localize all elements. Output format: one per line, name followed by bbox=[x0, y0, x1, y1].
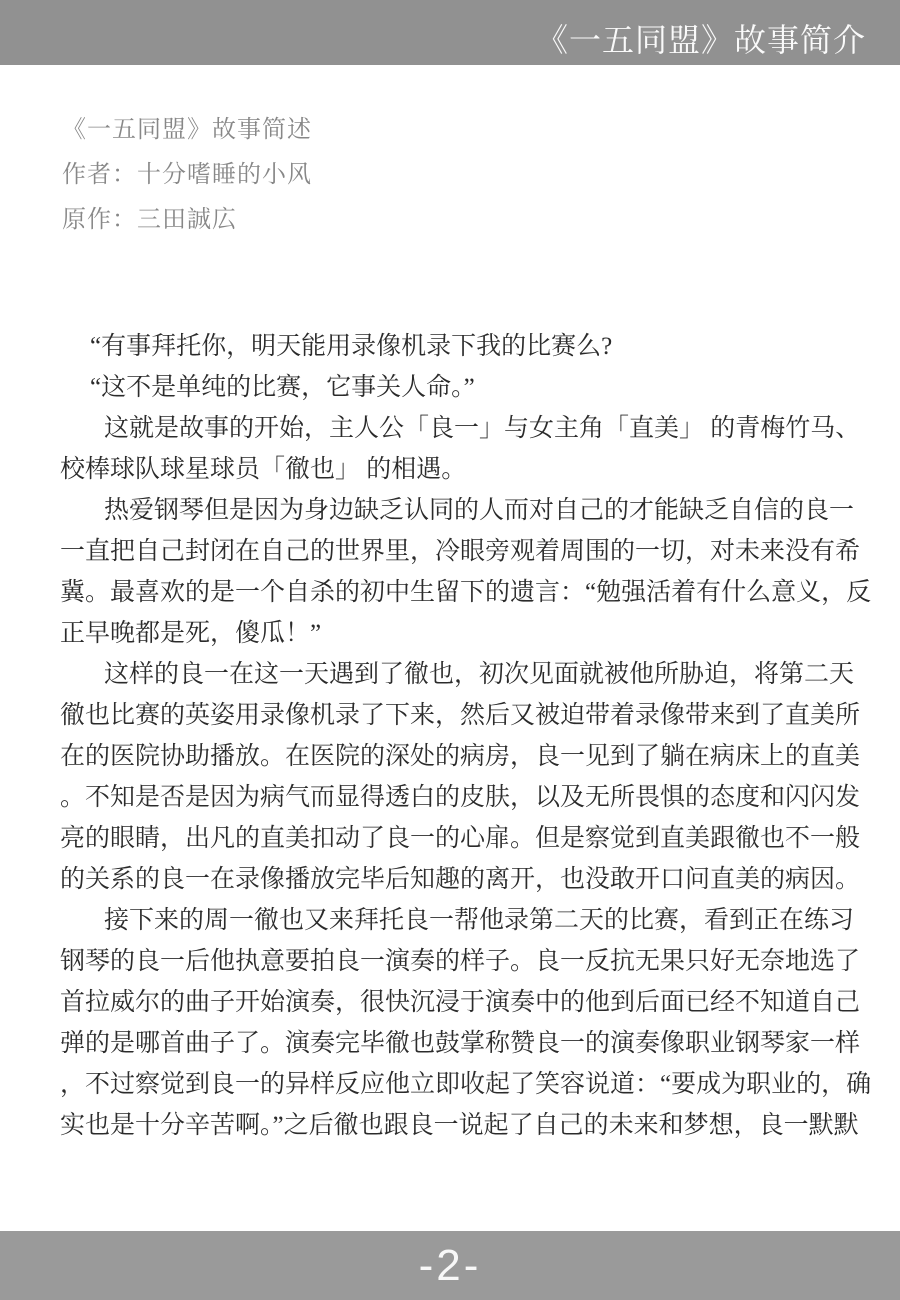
text-line: 冀。最喜欢的是一个自杀的初中生留下的遗言：“勉强活着有什么意义，反 bbox=[60, 572, 860, 613]
paragraph: 热爱钢琴但是因为身边缺乏认同的人而对自己的才能缺乏自信的良一一直把自己封闭在自己… bbox=[60, 490, 860, 654]
text-line: 实也是十分辛苦啊。”之后徹也跟良一说起了自己的未来和梦想，良一默默 bbox=[60, 1105, 860, 1146]
text-line: 。不知是否是因为病气而显得透白的皮肤，以及无所畏惧的态度和闪闪发 bbox=[60, 777, 860, 818]
text-line: 接下来的周一徹也又来拜托良一帮他录第二天的比赛，看到正在练习 bbox=[60, 900, 860, 941]
text-line: 这样的良一在这一天遇到了徹也，初次见面就被他所胁迫，将第二天 bbox=[60, 654, 860, 695]
text-line: 正早晚都是死，傻瓜！” bbox=[60, 613, 860, 654]
text-line: 徹也比赛的英姿用录像机录了下来，然后又被迫带着录像带来到了直美所 bbox=[60, 695, 860, 736]
paragraph: 这就是故事的开始，主人公「良一」与女主角「直美」 的青梅竹马、校棒球队球星球员「… bbox=[60, 408, 860, 490]
text-line: 亮的眼睛，出凡的直美扣动了良一的心扉。但是察觉到直美跟徹也不一般 bbox=[60, 818, 860, 859]
doc-author: 作者：十分嗜睡的小风 bbox=[62, 153, 312, 198]
paragraph: “这不是单纯的比赛，它事关人命。” bbox=[60, 367, 860, 408]
header-title: 《一五同盟》故事简介 bbox=[536, 5, 866, 61]
text-line: 首拉威尔的曲子开始演奏，很快沉浸于演奏中的他到后面已经不知道自己 bbox=[60, 982, 860, 1023]
page-number: -2- bbox=[419, 1241, 482, 1291]
text-line: “这不是单纯的比赛，它事关人命。” bbox=[60, 367, 860, 408]
document-page: 《一五同盟》故事简介 《一五同盟》故事简述 作者：十分嗜睡的小风 原作：三田誠広… bbox=[0, 0, 900, 1300]
text-line: ，不过察觉到良一的异样反应他立即收起了笑容说道：“要成为职业的，确 bbox=[60, 1064, 860, 1105]
text-line: 这就是故事的开始，主人公「良一」与女主角「直美」 的青梅竹马、 bbox=[60, 408, 860, 449]
paragraph: 这样的良一在这一天遇到了徹也，初次见面就被他所胁迫，将第二天徹也比赛的英姿用录像… bbox=[60, 654, 860, 900]
meta-block: 《一五同盟》故事简述 作者：十分嗜睡的小风 原作：三田誠広 bbox=[62, 108, 312, 243]
text-line: “有事拜托你，明天能用录像机录下我的比赛么? bbox=[60, 326, 860, 367]
story-text: “有事拜托你，明天能用录像机录下我的比赛么?“这不是单纯的比赛，它事关人命。”这… bbox=[60, 326, 860, 1146]
paragraph: 接下来的周一徹也又来拜托良一帮他录第二天的比赛，看到正在练习钢琴的良一后他执意要… bbox=[60, 900, 860, 1146]
text-line: 钢琴的良一后他执意要拍良一演奏的样子。良一反抗无果只好无奈地选了 bbox=[60, 941, 860, 982]
text-line: 热爱钢琴但是因为身边缺乏认同的人而对自己的才能缺乏自信的良一 bbox=[60, 490, 860, 531]
page-footer-bar: -2- bbox=[0, 1231, 900, 1300]
doc-original-author: 原作：三田誠広 bbox=[62, 198, 312, 243]
text-line: 一直把自己封闭在自己的世界里，冷眼旁观着周围的一切，对未来没有希 bbox=[60, 531, 860, 572]
text-line: 弹的是哪首曲子了。演奏完毕徹也鼓掌称赞良一的演奏像职业钢琴家一样 bbox=[60, 1023, 860, 1064]
doc-title: 《一五同盟》故事简述 bbox=[62, 108, 312, 153]
text-line: 校棒球队球星球员「徹也」 的相遇。 bbox=[60, 449, 860, 490]
paragraph: “有事拜托你，明天能用录像机录下我的比赛么? bbox=[60, 326, 860, 367]
page-header-bar: 《一五同盟》故事简介 bbox=[0, 0, 900, 65]
text-line: 的关系的良一在录像播放完毕后知趣的离开，也没敢开口问直美的病因。 bbox=[60, 859, 860, 900]
text-line: 在的医院协助播放。在医院的深处的病房，良一见到了躺在病床上的直美 bbox=[60, 736, 860, 777]
